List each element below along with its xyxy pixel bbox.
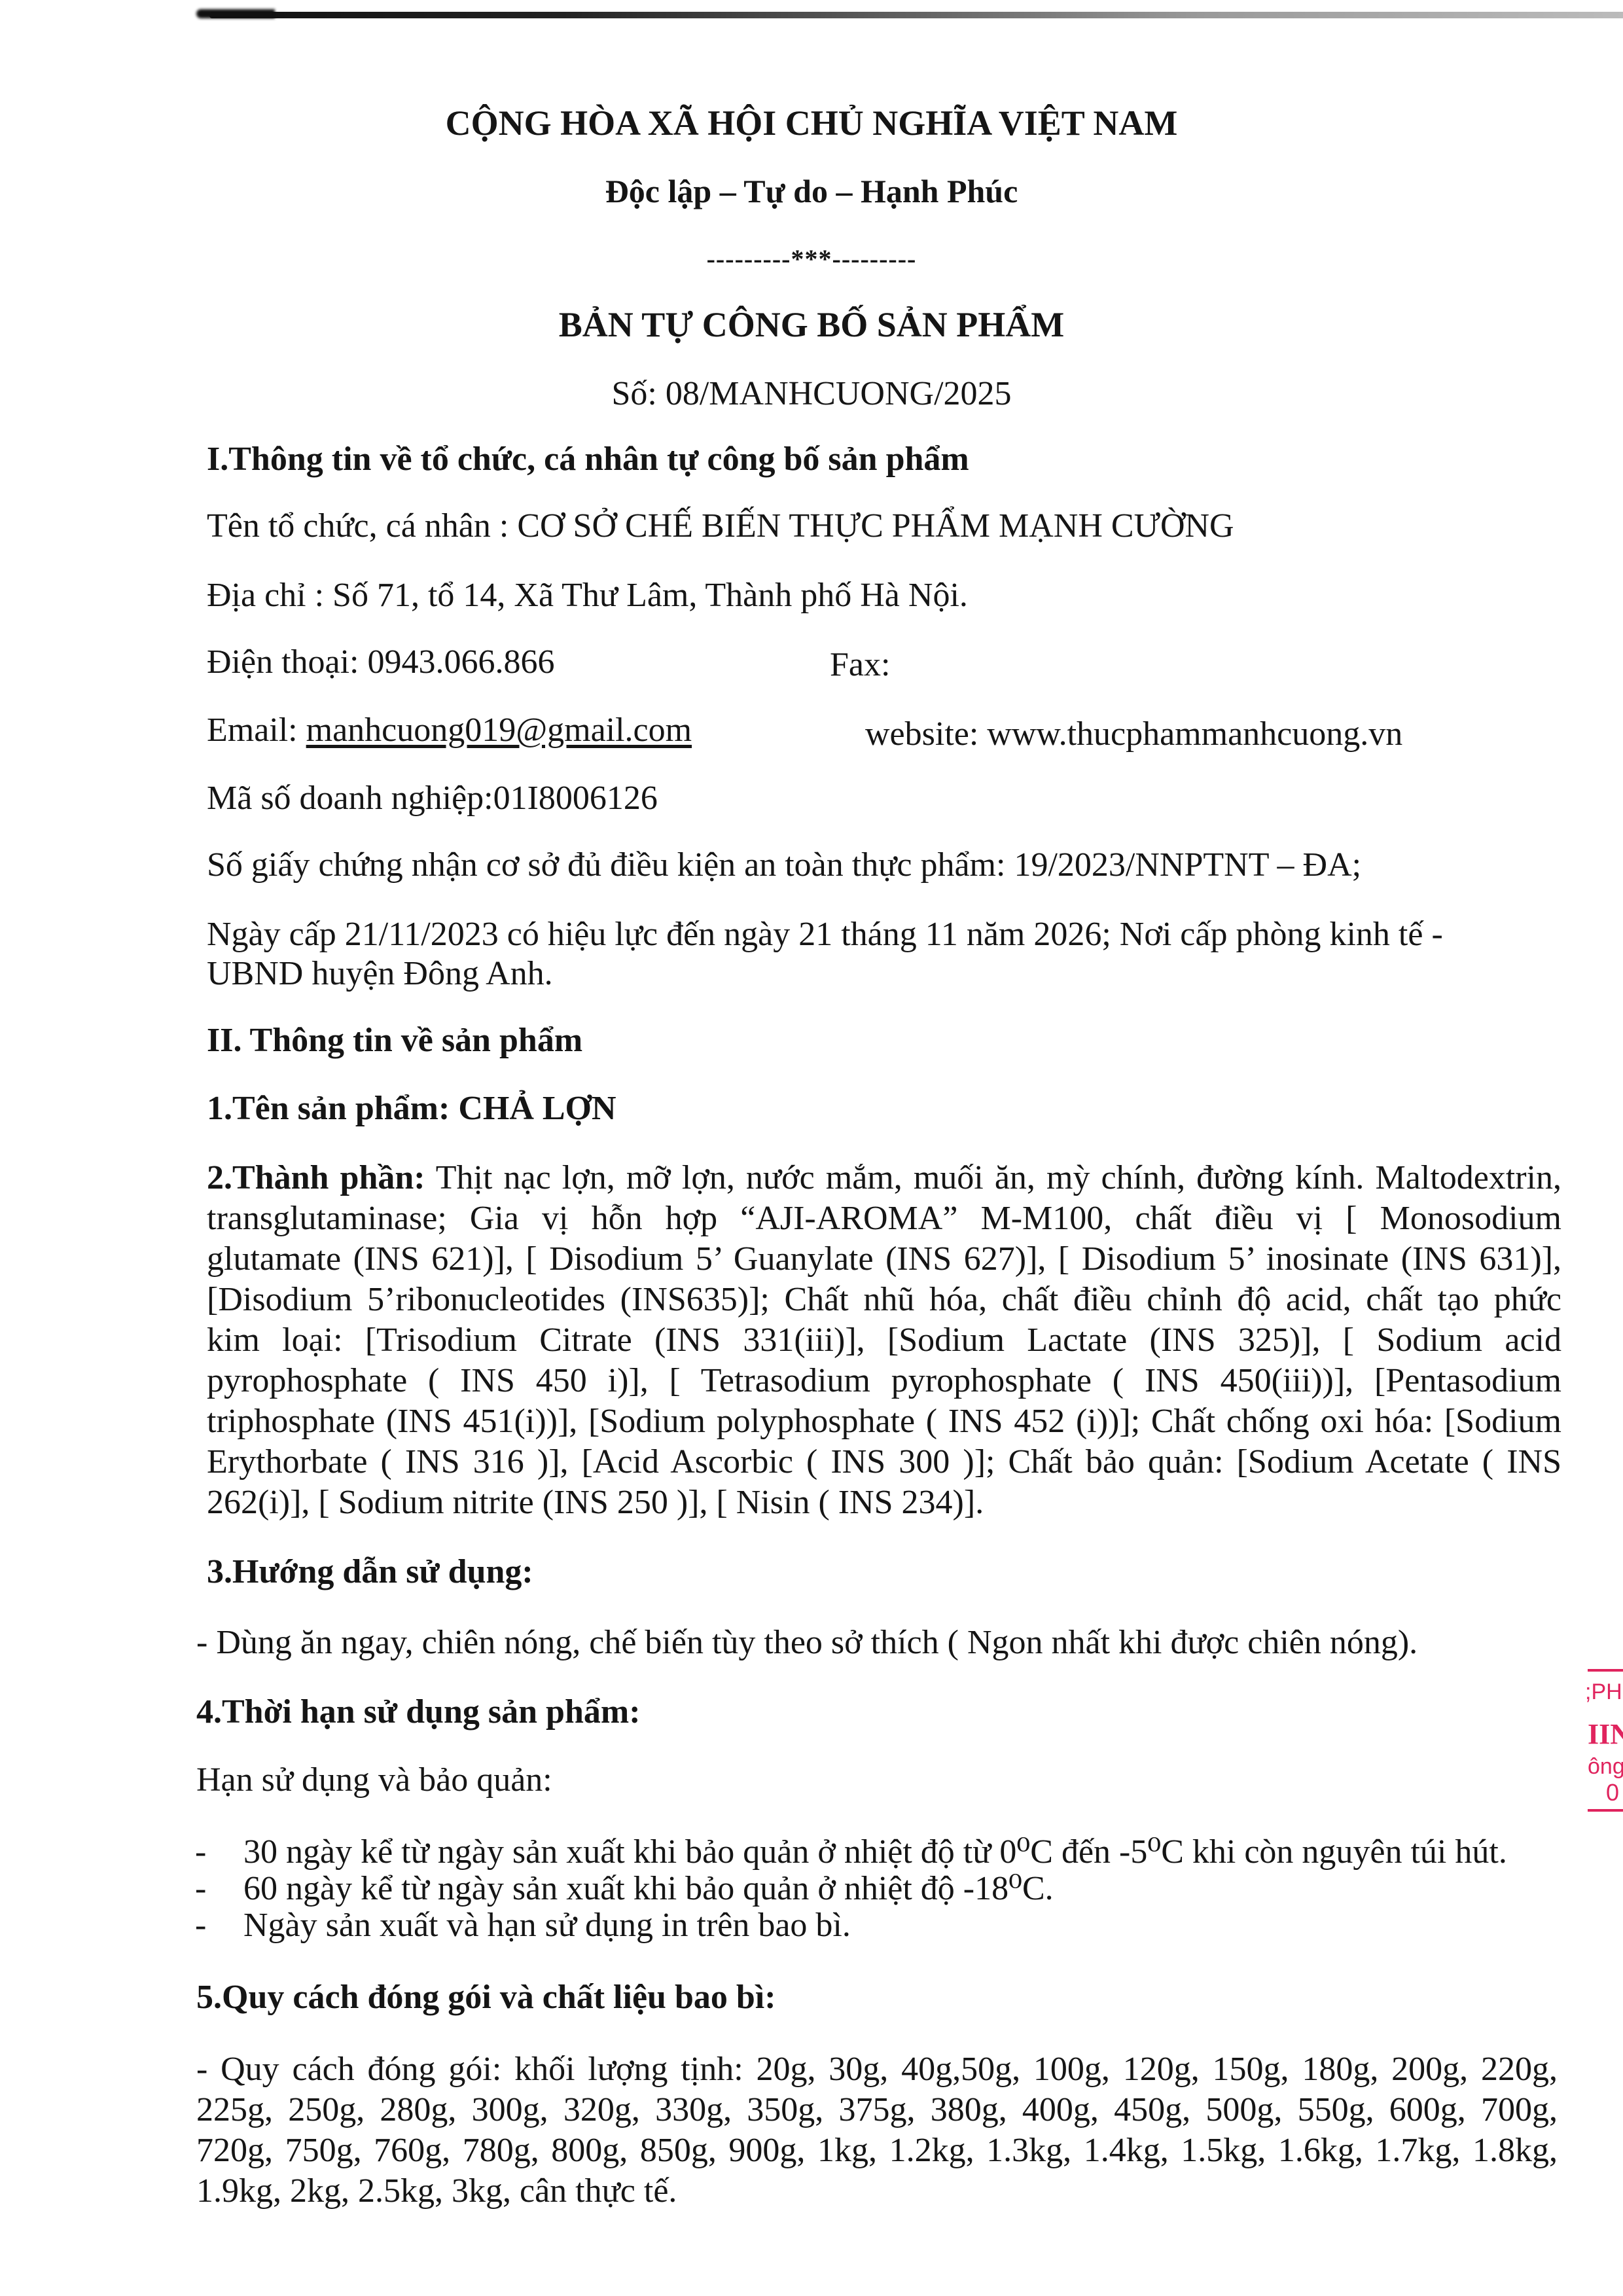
scan-edge-shadow (209, 12, 1623, 18)
business-code: Mã số doanh nghiệp:01I8006126 (207, 779, 658, 818)
section2-heading: II. Thông tin về sản phẩm (207, 1021, 582, 1060)
certificate-issue-line-1: Ngày cấp 21/11/2023 có hiệu lực đến ngày… (207, 915, 1443, 954)
fax: Fax: (830, 645, 890, 685)
ingredients-line: glutamate (INS 621)], [ Disodium 5’ Guan… (207, 1240, 1561, 1279)
email-row: Email: manhcuong019@gmail.com (207, 711, 692, 750)
document-number: Số: 08/MANHCUONG/2025 (0, 374, 1623, 414)
packaging-line: 1.9kg, 2kg, 2.5kg, 3kg, cân thực tế. (196, 2172, 677, 2211)
email-label: Email: (207, 711, 306, 749)
document-title: BẢN TỰ CÔNG BỐ SẢN PHẨM (0, 305, 1623, 344)
product-name: CHẢ LỢN (458, 1090, 616, 1127)
section1-heading: I.Thông tin về tổ chức, cá nhân tự công … (207, 440, 969, 479)
motto: Độc lập – Tự do – Hạnh Phúc (0, 171, 1623, 211)
product-name-row: 1.Tên sản phẩm: CHẢ LỢN (207, 1089, 616, 1128)
bullet-dash-icon: - (195, 1869, 206, 1908)
shelf-life-heading: 4.Thời hạn sử dụng sản phẩm: (196, 1693, 641, 1732)
ingredients-line: Erythorbate ( INS 316 )], [Acid Ascorbic… (207, 1443, 1561, 1482)
usage-heading: 3.Hướng dẫn sử dụng: (207, 1552, 533, 1592)
ingredients-line: triphosphate (INS 451(i))], [Sodium poly… (207, 1402, 1561, 1441)
bullet-dash-icon: - (195, 1833, 206, 1871)
shelf-life-intro: Hạn sử dụng và bảo quản: (196, 1761, 552, 1800)
country-heading: CỘNG HÒA XÃ HỘI CHỦ NGHĨA VIỆT NAM (0, 103, 1623, 143)
safety-certificate: Số giấy chứng nhận cơ sở đủ điều kiện an… (207, 846, 1361, 885)
packaging-line: - Quy cách đóng gói: khối lượng tịnh: 20… (196, 2050, 1558, 2089)
ingredients-line: transglutaminase; Gia vị hỗn hợp “AJI-AR… (207, 1199, 1561, 1238)
packaging-line: 225g, 250g, 280g, 300g, 320g, 330g, 350g… (196, 2090, 1558, 2130)
shelf-life-item: Ngày sản xuất và hạn sử dụng in trên bao… (243, 1906, 851, 1945)
website[interactable]: website: www.thucphammanhcuong.vn (865, 715, 1402, 754)
ingredients-line: kim loại: [Trisodium Citrate (INS 331(ii… (207, 1321, 1561, 1360)
address: Địa chỉ : Số 71, tổ 14, Xã Thư Lâm, Thàn… (207, 576, 968, 615)
email-link[interactable]: manhcuong019@gmail.com (306, 711, 692, 749)
shelf-life-item: 30 ngày kể từ ngày sản xuất khi bảo quản… (243, 1833, 1507, 1872)
packaging-line: 720g, 750g, 760g, 780g, 800g, 850g, 900g… (196, 2131, 1558, 2170)
packaging-heading: 5.Quy cách đóng gói và chất liệu bao bì: (196, 1978, 776, 2017)
usage-text: - Dùng ăn ngay, chiên nóng, chế biến tùy… (196, 1623, 1418, 1662)
ingredients-line: 262(i)], [ Sodium nitrite (INS 250 )], [… (207, 1483, 984, 1522)
ingredients-label: 2.Thành phần: (207, 1159, 425, 1196)
separator: ---------***--------- (0, 240, 1623, 279)
shelf-life-item: 60 ngày kể từ ngày sản xuất khi bảo quản… (243, 1869, 1054, 1909)
phone: Điện thoại: 0943.066.866 (207, 643, 555, 682)
ingredients-line: [Disodium 5’ribonucleotides (INS635)]; C… (207, 1280, 1561, 1319)
ingredients-line: 2.Thành phần: Thịt nạc lợn, mỡ lợn, nước… (207, 1158, 1561, 1198)
product-name-label: 1.Tên sản phẩm: (207, 1090, 458, 1127)
organization-name: Tên tổ chức, cá nhân : CƠ SỞ CHẾ BIẾN TH… (207, 507, 1234, 546)
bullet-dash-icon: - (195, 1906, 206, 1945)
ingredients-line: pyrophosphate ( INS 450 i)], [ Tetrasodi… (207, 1361, 1561, 1401)
red-stamp-fragment: ;PH IIN ông 0 (1582, 1662, 1623, 1820)
certificate-issue-line-2: UBND huyện Đông Anh. (207, 954, 553, 994)
